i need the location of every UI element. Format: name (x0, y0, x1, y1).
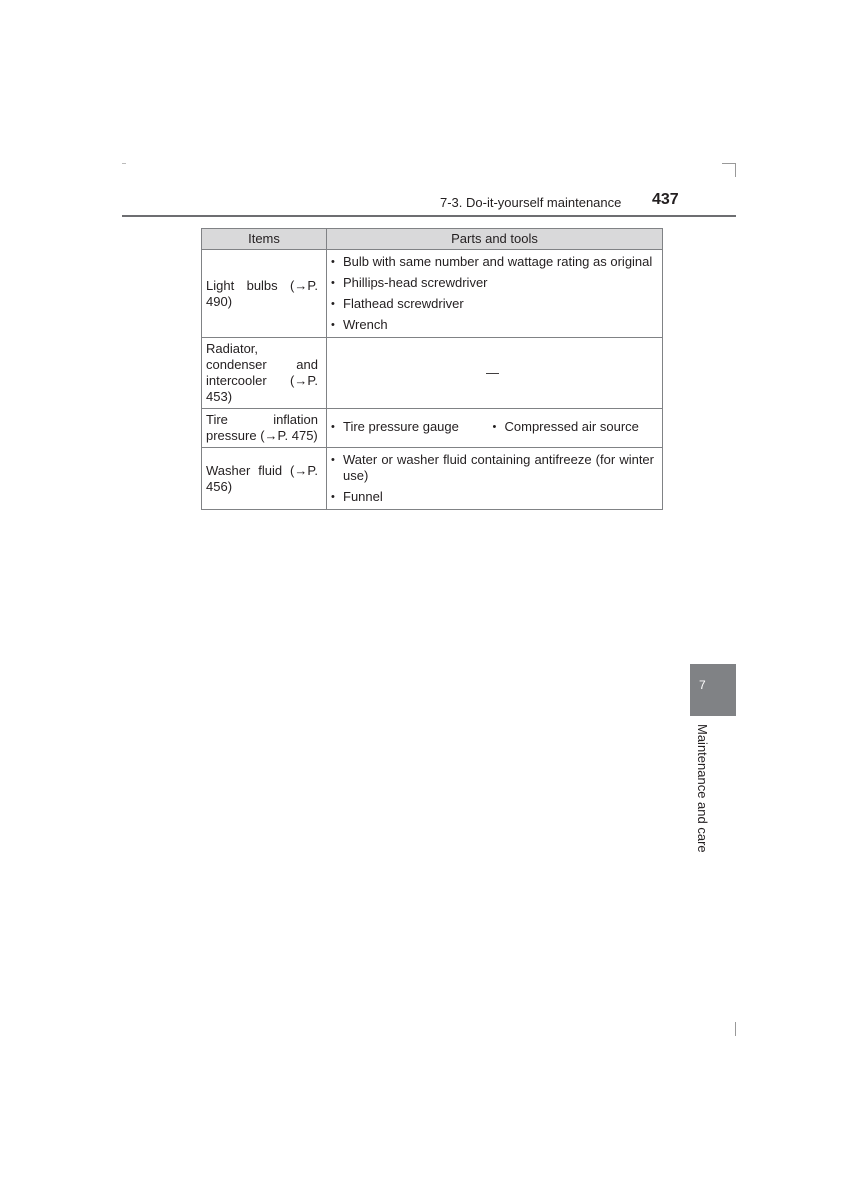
section-title: 7-3. Do-it-yourself maintenance (440, 195, 621, 210)
page-number: 437 (652, 191, 679, 209)
item-cell: Tire inflation pressure (→P. 475) (202, 409, 327, 448)
list-item: Water or washer fluid containing antifre… (331, 452, 654, 484)
parts-cell: Tire pressure gauge Compressed air sourc… (327, 409, 663, 448)
table-row: Radiator, condenser and intercooler (→P.… (202, 338, 663, 409)
chapter-tab: 7 (690, 664, 736, 716)
list-item: Tire pressure gauge (331, 419, 493, 435)
parts-cell: Water or washer fluid containing antifre… (327, 448, 663, 510)
item-cell: Radiator, condenser and intercooler (→P.… (202, 338, 327, 409)
parts-cell-empty-dash: — (327, 338, 663, 409)
list-item: Flathead screwdriver (331, 296, 654, 312)
crop-mark-top-right (722, 163, 736, 164)
crop-mark-top-left (122, 163, 126, 164)
list-item: Compressed air source (493, 419, 655, 438)
item-cell: Washer fluid (→P. 456) (202, 448, 327, 510)
parts-cell: Bulb with same number and wattage rating… (327, 250, 663, 338)
column-header-items: Items (202, 229, 327, 250)
header-divider (122, 215, 736, 217)
table-row: Washer fluid (→P. 456) Water or washer f… (202, 448, 663, 510)
table-row: Tire inflation pressure (→P. 475) Tire p… (202, 409, 663, 448)
table-row: Light bulbs (→P. 490) Bulb with same num… (202, 250, 663, 338)
list-item: Phillips-head screwdriver (331, 275, 654, 291)
chapter-number: 7 (699, 678, 706, 692)
crop-mark-bottom-right (735, 1022, 736, 1036)
parts-and-tools-table: Items Parts and tools Light bulbs (→P. 4… (201, 228, 663, 510)
list-item: Bulb with same number and wattage rating… (331, 254, 654, 270)
table-header-row: Items Parts and tools (202, 229, 663, 250)
item-cell: Light bulbs (→P. 490) (202, 250, 327, 338)
list-item: Wrench (331, 317, 654, 333)
crop-mark-top-right-vertical (735, 163, 736, 177)
chapter-title: Maintenance and care (695, 724, 710, 853)
list-item: Funnel (331, 489, 654, 505)
column-header-parts: Parts and tools (327, 229, 663, 250)
